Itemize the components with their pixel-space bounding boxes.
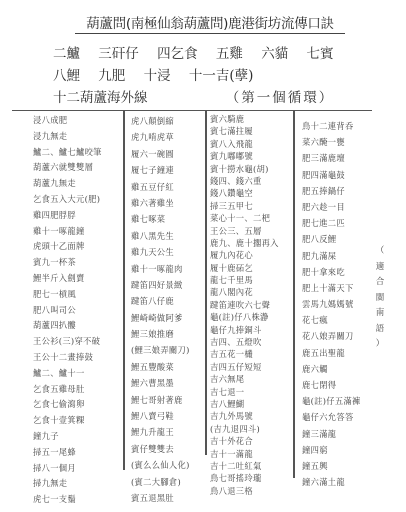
intro-item: 二鱸	[53, 46, 80, 62]
list-item: 龍七千里馬	[210, 274, 279, 286]
intro-line-2: 八鯉 九肥 十浸 十一吉(孽)	[53, 64, 267, 84]
list-item: 浸九無走	[33, 129, 102, 145]
side-note-char: 南	[373, 306, 387, 322]
column-divider	[205, 110, 207, 455]
list-item: 鯉八賣弓鞋	[131, 408, 190, 424]
list-item: 乞食五雞母肚	[33, 382, 102, 398]
list-item: 吉十一滿龍	[210, 448, 279, 460]
intro-line-1: 二鱸 三矸仔 四乞食 五雞 六貓 七賓	[53, 42, 347, 62]
list-item: 乞食十壹箕粿	[33, 413, 102, 429]
intro-item: 四乞食	[157, 46, 198, 62]
list-item: 賓九嘟嘟號	[210, 150, 279, 162]
intro-item: 六貓	[261, 46, 288, 62]
list-item: 雞十一啄龍鐘	[33, 224, 102, 240]
list-item: (賓二大腳倉)	[131, 474, 190, 490]
column-4: 鳥十二連背呑菜六醃一甕肥三滿鹿壇肥四滿龜鼓肥五捧鍋仔肥六趁一目肥七進二匹肥八反鯉…	[302, 118, 361, 490]
list-item: 葫蘆四扒髏	[33, 318, 102, 334]
column-divider	[293, 110, 295, 478]
list-item: 肥七一槓風	[33, 287, 102, 303]
side-note-char: 適	[373, 260, 387, 276]
list-item: 虎九啃虎草	[131, 129, 190, 145]
list-item: 鐘六滿土龍	[302, 474, 361, 490]
list-item: 履六一碗圓	[131, 146, 190, 162]
list-item: 肥三滿鹿壇	[302, 150, 361, 166]
list-item: 鐘三滿龍	[302, 426, 361, 442]
list-item: 鹿七閉得	[302, 377, 361, 393]
list-item: 鳥十二連背呑	[302, 118, 361, 134]
list-item: 吉十二吐紅氣	[210, 460, 279, 472]
list-item: 鯉五豐酸菜	[131, 359, 190, 375]
list-item: 龜(註)仔八株瀞	[210, 311, 279, 323]
list-item: 肥八叫司公	[33, 303, 102, 319]
list-item: 雞四肥脬脬	[33, 208, 102, 224]
intro-item: 十浸	[144, 68, 171, 84]
list-item: 賓七滿拄履	[210, 125, 279, 137]
intro-item: 八鯉	[53, 68, 80, 84]
list-item: 履七子鐘連	[131, 162, 190, 178]
document-title: 葫蘆問(南極仙翁葫蘆問)鹿港街坊流傳口訣	[75, 12, 345, 34]
list-item: 吉九外馬號	[210, 410, 279, 422]
list-item: 花八娘弄關刀	[302, 328, 361, 344]
list-item: 鱸二、鱸七鱸咬筆	[33, 145, 102, 161]
list-item: 王公三、五層	[210, 225, 279, 237]
side-note-char: 語	[373, 322, 387, 338]
list-item: 吉六無尾	[210, 373, 279, 385]
list-item: 龜仔六允答答	[302, 409, 361, 425]
intro-item: 十一吉(孽)	[189, 68, 254, 84]
intro-item: 七賓	[306, 46, 333, 62]
intro-item: 三矸仔	[98, 46, 139, 62]
list-item: (吉九退四斗)	[210, 423, 279, 435]
list-item: 雞六著雞坐	[131, 195, 190, 211]
list-item: 肥上十滿天下	[302, 280, 361, 296]
list-item: 葫蘆九無走	[33, 176, 102, 192]
list-item: 雞九天公生	[131, 244, 190, 260]
list-item: 鱸二、鱸十一	[33, 366, 102, 382]
side-note: （適合閩南語）	[373, 244, 387, 353]
list-item: 履九內花心	[210, 249, 279, 261]
list-item: 鯉崎崎做阿爹	[131, 310, 190, 326]
column-2: 虎八顛倒縮虎九啃虎草履六一碗圓履七子鐘連雞五豆仔紅雞六著雞坐雞七啄菜雞八黑先生雞…	[131, 113, 190, 506]
list-item: 錢八鑽龜空	[210, 187, 279, 199]
list-item: 鹿五出聖龍	[302, 345, 361, 361]
list-item: 賓五退黑肚	[131, 490, 190, 506]
list-item: (賓么么仙人化)	[131, 457, 190, 473]
side-note-char: ）	[373, 337, 387, 353]
list-item: 菜六醃一甕	[302, 134, 361, 150]
list-item: 王公十二畫捧鼓	[33, 350, 102, 366]
column-divider	[123, 110, 125, 470]
list-item: 肥十拿來吃	[302, 264, 361, 280]
list-item: 肥九滿屎	[302, 248, 361, 264]
list-item: 浸八成肥	[33, 113, 102, 129]
list-item: 葫蘆六就雙雙層	[33, 160, 102, 176]
list-item: 雞十一啄龍肉	[131, 261, 190, 277]
list-item: 踺笛八仔鹿	[131, 293, 190, 309]
list-item: 賓九一杯茶	[33, 255, 102, 271]
intro-line-3: 十二葫蘆海外線 （第一個循環）	[53, 86, 348, 106]
list-item: 吉八鯉鰗	[210, 398, 279, 410]
table-top-border	[12, 110, 372, 111]
list-item: 掃三五甲七	[210, 200, 279, 212]
intro-item: 九肥	[98, 68, 125, 84]
list-item: 鯉六曹黑墨	[131, 375, 190, 391]
list-item: 賓十撈水龜(胡)	[210, 163, 279, 175]
list-item: 吉四、五燈吹	[210, 336, 279, 348]
list-item: 雞五豆仔紅	[131, 179, 190, 195]
list-item: 掃五一尾蜂	[33, 445, 102, 461]
list-item: 鹿六觸	[302, 361, 361, 377]
list-item: 踺笛四好景緻	[131, 277, 190, 293]
list-item: 踺笛連吹六七聲	[210, 299, 279, 311]
list-item: 虎七一支鬚	[33, 492, 102, 508]
list-item: 菜心十一、二杷	[210, 212, 279, 224]
list-item: 吉五花一欉	[210, 348, 279, 360]
list-item: (鯉三娘弄關刀)	[131, 342, 190, 358]
list-item: 掃八一個月	[33, 461, 102, 477]
list-item: 虎頭十乙面牌	[33, 239, 102, 255]
list-item: 鯉半斤入劍賣	[33, 271, 102, 287]
list-item: 賓仔雙雙去	[131, 441, 190, 457]
list-item: 鳥八退三格	[210, 485, 279, 497]
list-item: 掃九無走	[33, 476, 102, 492]
list-item: 虎八顛倒縮	[131, 113, 190, 129]
list-item: 鐘九子	[33, 429, 102, 445]
cycle-label: （第一個循環）	[226, 90, 335, 106]
list-item: 龜(註)仔五滿褲	[302, 393, 361, 409]
column-3: 賓六騎鹿賓七滿拄履賓八入飛龍賓九嘟嘟號賓十撈水龜(胡)錢四、錢六重錢八鑽龜空掃三…	[210, 113, 279, 497]
list-item: 龍八閣內花	[210, 286, 279, 298]
list-item: 鯉三娘推磨	[131, 326, 190, 342]
list-item: 花七瘋	[302, 312, 361, 328]
list-item: 雞七啄菜	[131, 211, 190, 227]
list-item: 肥七進二匹	[302, 215, 361, 231]
list-item: 肥六趁一目	[302, 199, 361, 215]
list-item: 吉十外花合	[210, 435, 279, 447]
side-note-char: 合	[373, 275, 387, 291]
list-item: 乞食七偷瀉卵	[33, 397, 102, 413]
list-item: 王公衫(三)穿不破	[33, 334, 102, 350]
list-item: 雲馬九媽媽號	[302, 296, 361, 312]
list-item: 賓六騎鹿	[210, 113, 279, 125]
list-item: 雞八黑先生	[131, 228, 190, 244]
list-item: 龜仔九捧銅斗	[210, 324, 279, 336]
list-item: 肥八反鯉	[302, 231, 361, 247]
intro-item: 五雞	[216, 46, 243, 62]
list-item: 吉七退一	[210, 386, 279, 398]
list-item: 乞食五入大元(肥)	[33, 192, 102, 208]
column-1: 浸八成肥浸九無走鱸二、鱸七鱸咬筆葫蘆六就雙雙層葫蘆九無走乞食五入大元(肥)雞四肥…	[33, 113, 102, 508]
list-item: 賓八入飛龍	[210, 138, 279, 150]
list-item: 履十鹿砳乞	[210, 262, 279, 274]
list-item: 錢四、錢六重	[210, 175, 279, 187]
side-note-char: （	[373, 244, 387, 260]
list-item: 鹿九、鹿十擱再入	[210, 237, 279, 249]
list-item: 鯉七哥射著鹿	[131, 392, 190, 408]
list-item: 吉四五仔短短	[210, 361, 279, 373]
side-note-char: 閩	[373, 291, 387, 307]
list-item: 鐘五興	[302, 458, 361, 474]
list-item: 肥五捧鍋仔	[302, 183, 361, 199]
list-item: 鳥七哥搖玲瓏	[210, 472, 279, 484]
intro-item: 十二葫蘆海外線	[53, 90, 148, 106]
list-item: 鯉九升龍王	[131, 424, 190, 440]
list-item: 肥四滿龜鼓	[302, 167, 361, 183]
list-item: 鐘四窮	[302, 442, 361, 458]
